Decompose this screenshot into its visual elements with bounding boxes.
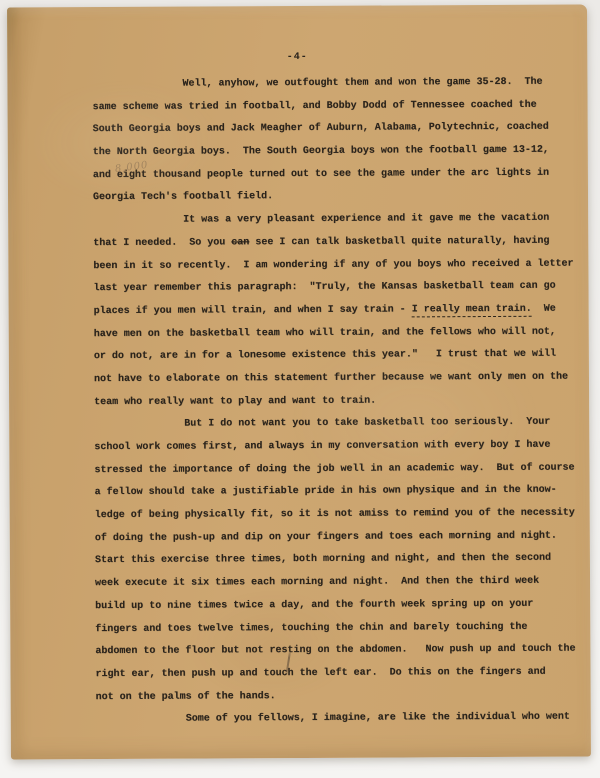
typed-line: Start this exercise three times, both mo… [95,548,597,573]
typed-line: or do not, are in for a lonesome existen… [94,344,596,369]
typed-line: build up to nine times twice a day, and … [95,593,597,618]
typed-line: places if you men will train, and when I… [94,298,596,323]
typed-text: Well, anyhow, we outfought them and won … [92,71,597,732]
typed-line: But I do not want you to take basketball… [94,412,596,437]
typed-line: week execute it six times each morning a… [95,571,597,596]
typed-line: not on the palms of the hands. [96,684,598,709]
typed-segment: see I can talk basketball quite naturall… [249,235,549,248]
typed-line: a fellow should take a justifiable pride… [95,480,597,505]
typed-line: last year remember this paragraph: "Trul… [93,276,595,301]
typed-segment: places if you men will train, and when I… [94,304,412,317]
typed-line: the North Georgia boys. The South Georgi… [93,140,595,165]
typed-segment: last year remember this paragraph: "Trul… [93,281,555,294]
typed-segment: not have to elaborate on this statement … [94,372,568,385]
typed-segment: Georgia Tech's football field. [93,192,273,204]
typed-line: same scheme was tried in football, and B… [93,94,595,119]
typed-segment: Some of you fellows, I imagine, are like… [186,712,570,725]
typed-line: team who really want to play and want to… [94,389,596,414]
typed-segment: school work comes first, and always in m… [94,440,550,453]
typed-segment: Start this exercise three times, both mo… [95,553,551,566]
typed-segment: team who really want to play and want to… [94,395,376,407]
typed-segment: same scheme was tried in football, and B… [93,99,537,112]
typed-segment: stressed the importance of doing the job… [94,462,574,476]
typed-line: Well, anyhow, we outfought them and won … [92,71,594,96]
typed-segment: It was a very pleasant experience and it… [183,213,549,226]
typed-segment-underline: I really mean train. [412,304,532,318]
typed-segment: week execute it six times each morning a… [95,576,539,589]
typed-line: Georgia Tech's football field. [93,185,595,210]
page-number: -4- [7,50,587,64]
typed-segment: fingers and toes twelve times, touching … [95,621,527,634]
typed-line: that I needed. So you can see I can talk… [93,230,595,255]
typed-line: It was a very pleasant experience and it… [93,208,595,233]
typed-segment: We [532,304,556,315]
typed-segment: abdomen to the floor but not resting on … [95,644,575,658]
typed-line: of doing the push-up and dip on your fin… [95,525,597,550]
typed-line: South Georgia boys and Jack Meagher of A… [93,117,595,142]
typed-segment-strike: can [231,237,249,248]
typed-line: right ear, then push up and touch the le… [95,661,597,686]
typed-line: have men on the basketball team who will… [94,321,596,346]
typed-line: Some of you fellows, I imagine, are like… [96,707,598,732]
typed-segment: a fellow should take a justifiable pride… [95,485,557,498]
typed-segment: of doing the push-up and dip on your fin… [95,530,557,543]
typed-line: ledge of being physically fit, so it is … [95,503,597,528]
typed-segment: right ear, then push up and touch the le… [95,667,545,680]
typed-segment: ledge of being physically fit, so it is … [95,508,575,522]
typed-segment: have men on the basketball team who will… [94,326,556,339]
paper-sheet: -4- Well, anyhow, we outfought them and … [7,4,591,759]
typed-segment: not on the palms of the hands. [96,691,276,703]
typed-segment: and eight thousand people turned out to … [93,167,549,180]
typed-segment: been in it so recently. I am wondering i… [93,258,573,272]
typed-line: stressed the importance of doing the job… [94,457,596,482]
typed-segment: the North Georgia boys. The South Georgi… [93,145,549,158]
typed-line: fingers and toes twelve times, touching … [95,616,597,641]
typed-segment: that I needed. So you [93,237,231,249]
typed-line: and eight thousand people turned out to … [93,162,595,187]
typed-segment: South Georgia boys and Jack Meagher of A… [93,122,549,135]
typed-line: not have to elaborate on this statement … [94,366,596,391]
typed-line: abdomen to the floor but not resting on … [95,639,597,664]
scanned-letter: -4- Well, anyhow, we outfought them and … [0,0,600,778]
typed-segment: Well, anyhow, we outfought them and won … [182,77,542,90]
typed-line: school work comes first, and always in m… [94,434,596,459]
typed-segment: build up to nine times twice a day, and … [95,599,533,612]
typed-line: been in it so recently. I am wondering i… [93,253,595,278]
typed-segment: But I do not want you to take basketball… [184,417,550,430]
typed-segment: or do not, are in for a lonesome existen… [94,349,556,362]
